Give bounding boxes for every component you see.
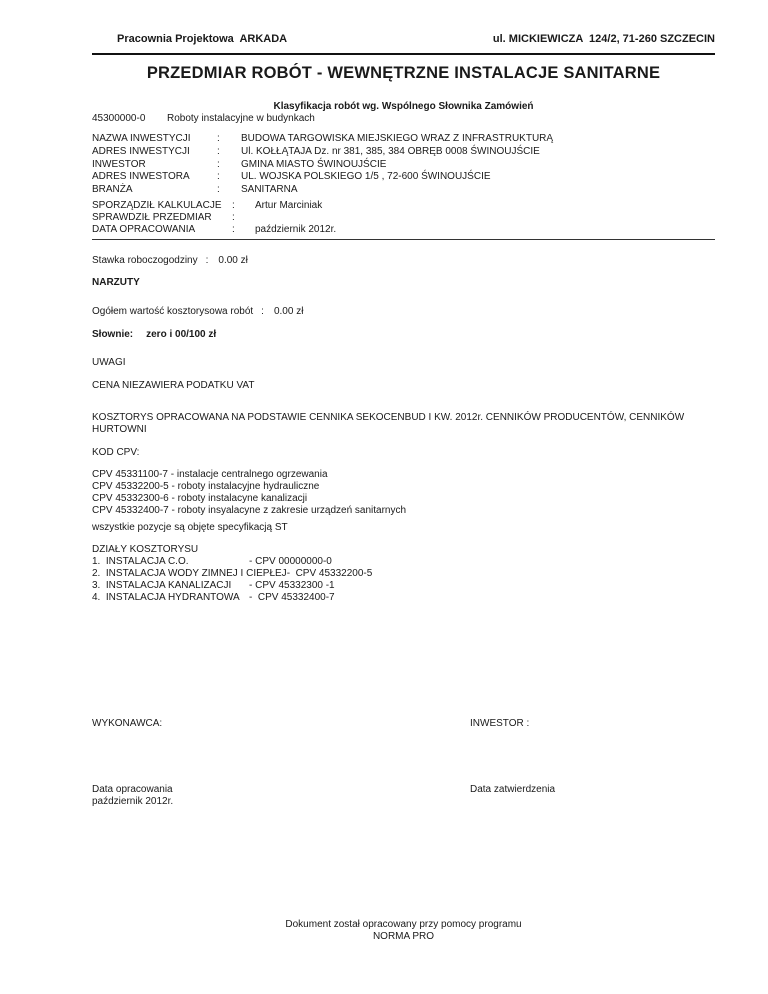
info-label: ADRES INWESTYCJI	[92, 146, 217, 159]
specification-note: wszystkie pozycje są objęte specyfikacją…	[92, 522, 715, 534]
amount-in-words-value: zero i 00/100 zł	[146, 329, 216, 341]
cpv-heading: KOD CPV:	[92, 447, 715, 459]
cpv-code-item: CPV 45332300-6 - roboty instalacyne kana…	[92, 493, 715, 505]
preparation-date-label: Data opracowania	[92, 784, 470, 796]
vat-note: CENA NIEZAWIERA PODATKU VAT	[92, 380, 715, 392]
info-label: NAZWA INWESTYCJI	[92, 133, 217, 146]
info-value: SANITARNA	[241, 184, 298, 197]
section-row: 4. INSTALACJA HYDRANTOWA - CPV 45332400-…	[92, 592, 715, 604]
total-value-label: Ogółem wartość kosztorysowa robót	[92, 306, 253, 318]
section-name: 4. INSTALACJA HYDRANTOWA	[92, 592, 249, 604]
info-label: INWESTOR	[92, 159, 217, 172]
investment-info-block: NAZWA INWESTYCJI : BUDOWA TARGOWISKA MIE…	[92, 133, 715, 197]
info-value: BUDOWA TARGOWISKA MIEJSKIEGO WRAZ Z INFR…	[241, 133, 553, 146]
info-label: DATA OPRACOWANIA	[92, 224, 232, 236]
signature-row: WYKONAWCA: INWESTOR :	[92, 718, 715, 730]
colon-separator: :	[217, 133, 241, 146]
footer-app-name: NORMA PRO	[92, 931, 715, 943]
colon-separator: :	[232, 224, 255, 236]
colon-separator: :	[206, 255, 209, 267]
info-row: INWESTOR : GMINA MIASTO ŚWINOUJŚCIE	[92, 159, 715, 172]
section-name: 3. INSTALACJA KANALIZACJI	[92, 580, 249, 592]
cpv-code-list: CPV 45331100-7 - instalacje centralnego …	[92, 469, 715, 517]
info-value: UL. WOJSKA POLSKIEGO 1/5 , 72-600 ŚWINOU…	[241, 171, 491, 184]
info-row: BRANŻA : SANITARNA	[92, 184, 715, 197]
contractor-signature-label: WYKONAWCA:	[92, 718, 470, 730]
info-row: DATA OPRACOWANIA : październik 2012r.	[92, 224, 715, 236]
total-value-amount: 0.00 zł	[274, 306, 303, 318]
labor-rate-line: Stawka roboczogodziny : 0.00 zł	[92, 255, 715, 267]
colon-separator: :	[217, 159, 241, 172]
section-row: 3. INSTALACJA KANALIZACJI - CPV 45332300…	[92, 580, 715, 592]
info-value: Ul. KOŁŁĄTAJA Dz. nr 381, 385, 384 OBRĘB…	[241, 146, 540, 159]
cpv-code-item: CPV 45332200-5 - roboty instalacyjne hyd…	[92, 481, 715, 493]
preparation-info-block: SPORZĄDZIŁ KALKULACJE : Artur Marciniak …	[92, 200, 715, 236]
info-row: SPRAWDZIŁ PRZEDMIAR :	[92, 212, 715, 224]
labor-rate-label: Stawka roboczogodziny	[92, 255, 198, 267]
info-row: NAZWA INWESTYCJI : BUDOWA TARGOWISKA MIE…	[92, 133, 715, 146]
info-row: SPORZĄDZIŁ KALKULACJE : Artur Marciniak	[92, 200, 715, 212]
header-rule	[92, 53, 715, 55]
colon-separator: :	[232, 212, 255, 224]
section-name: 2. INSTALACJA WODY ZIMNEJ I CIEPŁEJ	[92, 568, 287, 580]
page-footer: Dokument został opracowany przy pomocy p…	[92, 919, 715, 943]
footer-note: Dokument został opracowany przy pomocy p…	[92, 919, 715, 931]
info-label: SPORZĄDZIŁ KALKULACJE	[92, 200, 232, 212]
colon-separator: :	[217, 146, 241, 159]
approval-date-label: Data zatwierdzenia	[470, 784, 555, 808]
amount-in-words-line: Słownie: zero i 00/100 zł	[92, 329, 715, 341]
classification-heading: Klasyfikacja robót wg. Wspólnego Słownik…	[92, 101, 715, 113]
info-value: GMINA MIASTO ŚWINOUJŚCIE	[241, 159, 386, 172]
pricing-basis-note: KOSZTORYS OPRACOWANA NA PODSTAWIE CENNIK…	[92, 412, 715, 436]
section-name: 1. INSTALACJA C.O.	[92, 556, 249, 568]
info-label: BRANŻA	[92, 184, 217, 197]
company-name: Pracownia Projektowa ARKADA	[92, 33, 287, 46]
section-divider-rule	[92, 239, 715, 240]
cpv-code-item: CPV 45331100-7 - instalacje centralnego …	[92, 469, 715, 481]
uwagi-heading: UWAGI	[92, 357, 715, 369]
section-cpv-code: - CPV 45332400-7	[249, 592, 335, 604]
labor-rate-value: 0.00 zł	[218, 255, 247, 267]
info-value: Artur Marciniak	[255, 200, 322, 212]
cpv-code-item: CPV 45332400-7 - roboty insyalacyne z za…	[92, 505, 715, 517]
narzuty-heading: NARZUTY	[92, 277, 715, 289]
classification-code: 45300000-0	[92, 113, 154, 125]
colon-separator: :	[261, 306, 264, 318]
preparation-date-value: październik 2012r.	[92, 796, 470, 808]
preparation-date-block: Data opracowania październik 2012r.	[92, 784, 470, 808]
info-label: ADRES INWESTORA	[92, 171, 217, 184]
total-value-line: Ogółem wartość kosztorysowa robót : 0.00…	[92, 306, 715, 318]
sections-list: 1. INSTALACJA C.O. - CPV 00000000-0 2. I…	[92, 556, 715, 604]
info-row: ADRES INWESTORA : UL. WOJSKA POLSKIEGO 1…	[92, 171, 715, 184]
amount-in-words-label: Słownie:	[92, 329, 133, 341]
page-header: Pracownia Projektowa ARKADA ul. MICKIEWI…	[92, 33, 715, 46]
classification-line: 45300000-0Roboty instalacyjne w budynkac…	[92, 113, 715, 125]
dates-row: Data opracowania październik 2012r. Data…	[92, 784, 715, 808]
classification-description: Roboty instalacyjne w budynkach	[167, 113, 315, 124]
section-row: 2. INSTALACJA WODY ZIMNEJ I CIEPŁEJ - CP…	[92, 568, 715, 580]
section-cpv-code: - CPV 45332300 -1	[249, 580, 335, 592]
header-address: ul. MICKIEWICZA 124/2, 71-260 SZCZECIN	[493, 33, 715, 46]
investor-signature-label: INWESTOR :	[470, 718, 529, 730]
colon-separator: :	[217, 171, 241, 184]
colon-separator: :	[217, 184, 241, 197]
colon-separator: :	[232, 200, 255, 212]
info-label: SPRAWDZIŁ PRZEDMIAR	[92, 212, 232, 224]
sections-heading: DZIAŁY KOSZTORYSU	[92, 544, 715, 556]
page-title: PRZEDMIAR ROBÓT - WEWNĘTRZNE INSTALACJE …	[92, 64, 715, 82]
info-value: październik 2012r.	[255, 224, 336, 236]
section-cpv-code: - CPV 45332200-5	[287, 568, 373, 580]
info-row: ADRES INWESTYCJI : Ul. KOŁŁĄTAJA Dz. nr …	[92, 146, 715, 159]
section-cpv-code: - CPV 00000000-0	[249, 556, 332, 568]
section-row: 1. INSTALACJA C.O. - CPV 00000000-0	[92, 556, 715, 568]
document-page: Pracownia Projektowa ARKADA ul. MICKIEWI…	[0, 0, 768, 994]
